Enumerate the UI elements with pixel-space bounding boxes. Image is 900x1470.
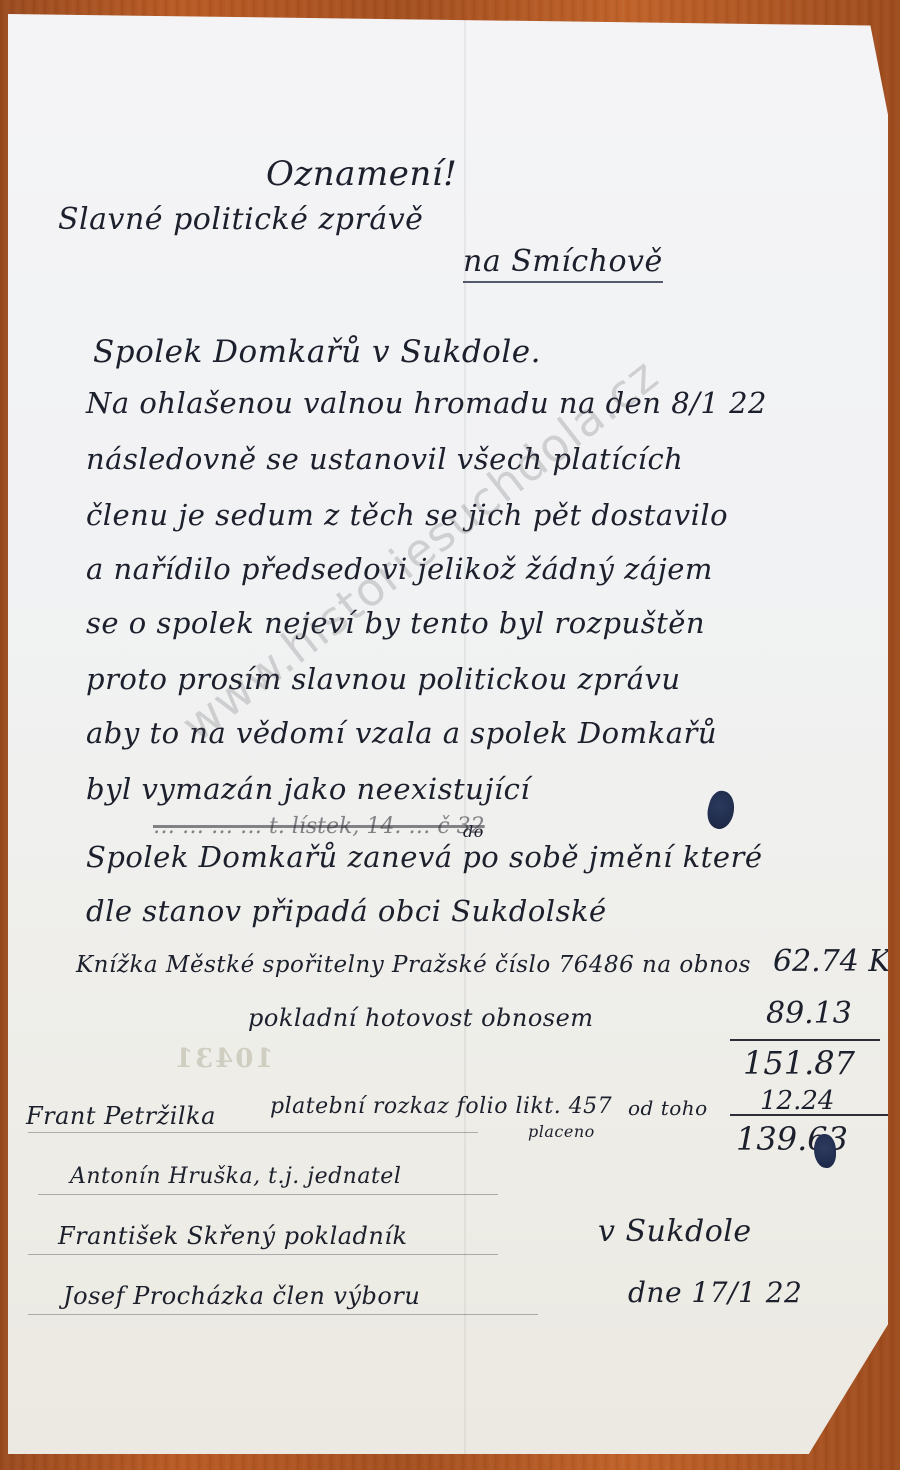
body-line: proto prosím slavnou politickou zprávu (86, 662, 681, 696)
signature-rule (28, 1254, 498, 1255)
account-line-1-label: Knížka Městké spořitelny Pražské číslo 7… (76, 952, 751, 978)
body-line: dle stanov připadá obci Sukdolské (86, 894, 607, 928)
account-line-2-amount: 89.13 (766, 996, 852, 1031)
archive-stamp: 10431 (173, 1044, 273, 1074)
subtotal-amount: 151.87 (743, 1044, 855, 1082)
signature-pokladnik: František Skřený pokladník (58, 1222, 408, 1250)
body-line: se o spolek nejeví by tento byl rozpuště… (86, 606, 705, 640)
body-line: byl vymazán jako neexistující (86, 772, 530, 806)
signature-rule (28, 1314, 538, 1315)
place-of-writing: v Sukdole (598, 1214, 752, 1249)
total-rule (730, 1114, 890, 1116)
letter-paper: Oznamení! Slavné politické zprávě na Smí… (8, 14, 888, 1454)
payment-amount: 12.24 (760, 1086, 834, 1116)
body-line: Spolek Domkařů zanevá po sobě jmění kter… (86, 840, 763, 874)
letter-title: Oznamení! (266, 154, 457, 194)
addressee-line-1: Slavné politické zprávě (58, 202, 423, 237)
payment-note: placeno (528, 1122, 595, 1141)
signature-rule (28, 1132, 478, 1133)
addressee-line-2: na Smíchově (463, 244, 663, 283)
date-of-writing: dne 17/1 22 (628, 1276, 802, 1309)
ink-blot (814, 1134, 836, 1168)
payment-suffix: od toho (628, 1096, 708, 1120)
signature-rule (38, 1194, 498, 1195)
payment-description: platební rozkaz folio likt. 457 (270, 1094, 612, 1119)
account-line-1-amount: 62.74 K (773, 944, 891, 979)
subtotal-rule (730, 1039, 880, 1041)
signature-jednatel: Antonín Hruška, t.j. jednatel (70, 1164, 401, 1189)
account-line-2-label: pokladní hotovost obnosem (248, 1004, 594, 1032)
insert-mark: do (463, 822, 484, 841)
signature-clen-vyboru: Josef Procházka člen výboru (63, 1282, 420, 1310)
payer-name: Frant Petržilka (26, 1102, 216, 1130)
body-line: Spolek Domkařů v Sukdole. (93, 334, 541, 370)
